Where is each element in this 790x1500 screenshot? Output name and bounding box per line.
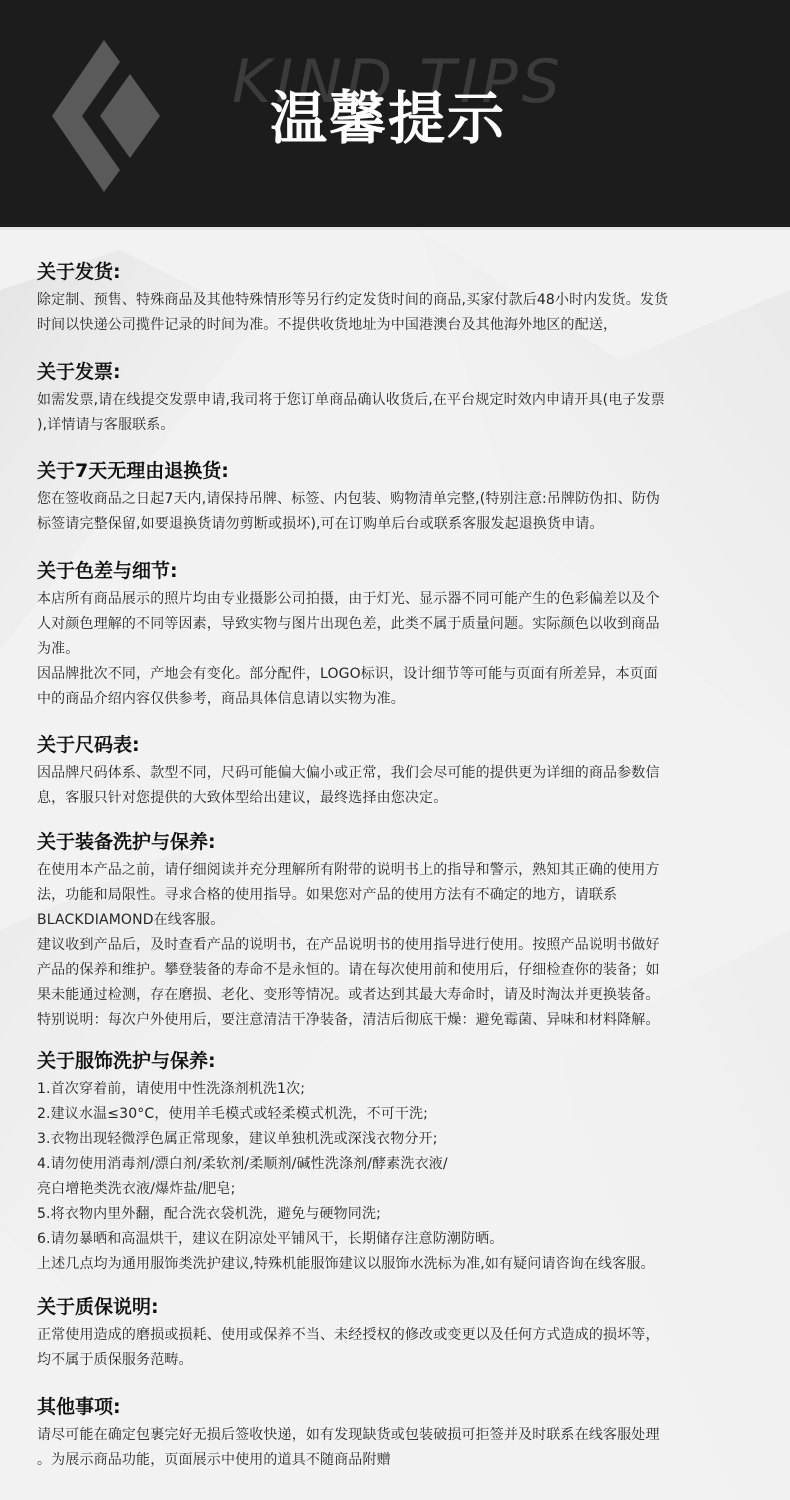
section-title: 关于色差与细节: bbox=[37, 557, 767, 587]
section-text-line: 。为展示商品功能，页面展示中使用的道具不随商品附赠 bbox=[37, 1448, 767, 1473]
section-text-line: 2.建议水温≤30°C，使用羊毛模式或轻柔模式机洗，不可干洗; bbox=[37, 1102, 767, 1127]
section-text-line: 因品牌批次不同，产地会有变化。部分配件，LOGO标识，设计细节等可能与页面有所差… bbox=[37, 662, 767, 687]
section-title: 关于装备洗护与保养: bbox=[37, 828, 767, 858]
section-text-line: 均不属于质保服务范畴。 bbox=[37, 1348, 767, 1373]
section-text-line: 除定制、预售、特殊商品及其他特殊情形等另行约定发货时间的商品,买家付款后48小时… bbox=[37, 288, 767, 313]
section-text-line: 产品的保养和维护。攀登装备的寿命不是永恒的。请在每次使用前和使用后，仔细检查你的… bbox=[37, 958, 767, 983]
section-gear-care: 关于装备洗护与保养: 在使用本产品之前，请仔细阅读并充分理解所有附带的说明书上的… bbox=[37, 828, 767, 1033]
section-title: 关于发票: bbox=[37, 358, 767, 388]
section-text-line: 建议收到产品后，及时查看产品的说明书，在产品说明书的使用指导进行使用。按照产品说… bbox=[37, 933, 767, 958]
section-text-line: 如需发票,请在线提交发票申请,我司将于您订单商品确认收货后,在平台规定时效内申请… bbox=[37, 388, 767, 413]
page-title: 温馨提示 bbox=[270, 88, 506, 151]
section-title: 关于尺码表: bbox=[37, 731, 767, 761]
section-text-line: 正常使用造成的磨损或损耗、使用或保养不当、未经授权的修改或变更以及任何方式造成的… bbox=[37, 1323, 767, 1348]
section-text-line: ),详情请与客服联系。 bbox=[37, 413, 767, 438]
section-text-line: 因品牌尺码体系、款型不同，尺码可能偏大偏小或正常，我们会尽可能的提供更为详细的商… bbox=[37, 761, 767, 786]
header-banner: KIND TIPS 温馨提示 bbox=[0, 0, 790, 227]
section-text-line: 息，客服只针对您提供的大致体型给出建议，最终选择由您决定。 bbox=[37, 786, 767, 811]
section-text-line: 您在签收商品之日起7天内,请保持吊牌、标签、内包装、购物清单完整,(特别注意:吊… bbox=[37, 487, 767, 512]
section-text-line: 5.将衣物内里外翻，配合洗衣袋机洗，避免与硬物同洗; bbox=[37, 1202, 767, 1227]
section-text-line: 亮白增艳类洗衣液/爆炸盐/肥皂; bbox=[37, 1177, 767, 1202]
section-title: 关于发货: bbox=[37, 258, 767, 288]
section-invoice: 关于发票: 如需发票,请在线提交发票申请,我司将于您订单商品确认收货后,在平台规… bbox=[37, 358, 767, 438]
section-shipping: 关于发货: 除定制、预售、特殊商品及其他特殊情形等另行约定发货时间的商品,买家付… bbox=[37, 258, 767, 338]
section-color-details: 关于色差与细节: 本店所有商品展示的照片均由专业摄影公司拍摄，由于灯光、显示器不… bbox=[37, 557, 767, 712]
section-text-line: 人对颜色理解的不同等因素，导致实物与图片出现色差，此类不属于质量问题。实际颜色以… bbox=[37, 612, 767, 637]
section-title: 关于质保说明: bbox=[37, 1293, 767, 1323]
section-text-line: 在使用本产品之前，请仔细阅读并充分理解所有附带的说明书上的指导和警示，熟知其正确… bbox=[37, 858, 767, 883]
section-title: 其他事项: bbox=[37, 1393, 767, 1423]
section-text-line: 中的商品介绍内容仅供参考，商品具体信息请以实物为准。 bbox=[37, 687, 767, 712]
section-text-line: 为准。 bbox=[37, 637, 767, 662]
section-text-line: 3.衣物出现轻微浮色属正常现象，建议单独机洗或深浅衣物分开; bbox=[37, 1127, 767, 1152]
section-other-notes: 其他事项: 请尽可能在确定包裹完好无损后签收快递，如有发现缺货或包装破损可拒签并… bbox=[37, 1393, 767, 1473]
section-text-line: BLACKDIAMOND在线客服。 bbox=[37, 908, 767, 933]
section-text-line: 特别说明：每次户外使用后，要注意清洁干净装备，清洁后彻底干燥：避免霉菌、异味和材… bbox=[37, 1008, 767, 1033]
section-title: 关于7天无理由退换货: bbox=[37, 457, 767, 487]
section-warranty: 关于质保说明: 正常使用造成的磨损或损耗、使用或保养不当、未经授权的修改或变更以… bbox=[37, 1293, 767, 1373]
section-apparel-care: 关于服饰洗护与保养: 1.首次穿着前，请使用中性洗涤剂机洗1次; 2.建议水温≤… bbox=[37, 1047, 767, 1277]
section-text-line: 1.首次穿着前，请使用中性洗涤剂机洗1次; bbox=[37, 1077, 767, 1102]
section-text-line: 果未能通过检测，存在磨损、老化、变形等情况。或者达到其最大寿命时，请及时淘汰并更… bbox=[37, 983, 767, 1008]
section-title: 关于服饰洗护与保养: bbox=[37, 1047, 767, 1077]
section-text-line: 法，功能和局限性。寻求合格的使用指导。如果您对产品的使用方法有不确定的地方，请联… bbox=[37, 883, 767, 908]
section-text-line: 上述几点均为通用服饰类洗护建议,特殊机能服饰建议以服饰水洗标为准,如有疑问请咨询… bbox=[37, 1252, 767, 1277]
section-text-line: 标签请完整保留,如要退换货请勿剪断或损坏),可在订购单后台或联系客服发起退换货申… bbox=[37, 512, 767, 537]
section-text-line: 请尽可能在确定包裹完好无损后签收快递，如有发现缺货或包装破损可拒签并及时联系在线… bbox=[37, 1423, 767, 1448]
section-7day-returns: 关于7天无理由退换货: 您在签收商品之日起7天内,请保持吊牌、标签、内包装、购物… bbox=[37, 457, 767, 537]
section-text-line: 本店所有商品展示的照片均由专业摄影公司拍摄，由于灯光、显示器不同可能产生的色彩偏… bbox=[37, 587, 767, 612]
section-text-line: 6.请勿暴晒和高温烘干，建议在阴凉处平铺风干，长期储存注意防潮防晒。 bbox=[37, 1227, 767, 1252]
black-diamond-logo-icon bbox=[52, 40, 160, 192]
section-text-line: 时间以快递公司揽件记录的时间为准。不提供收货地址为中国港澳台及其他海外地区的配送… bbox=[37, 313, 767, 338]
section-size-chart: 关于尺码表: 因品牌尺码体系、款型不同，尺码可能偏大偏小或正常，我们会尽可能的提… bbox=[37, 731, 767, 811]
section-text-line: 4.请勿使用消毒剂/漂白剂/柔软剂/柔顺剂/碱性洗涤剂/酵素洗衣液/ bbox=[37, 1152, 767, 1177]
